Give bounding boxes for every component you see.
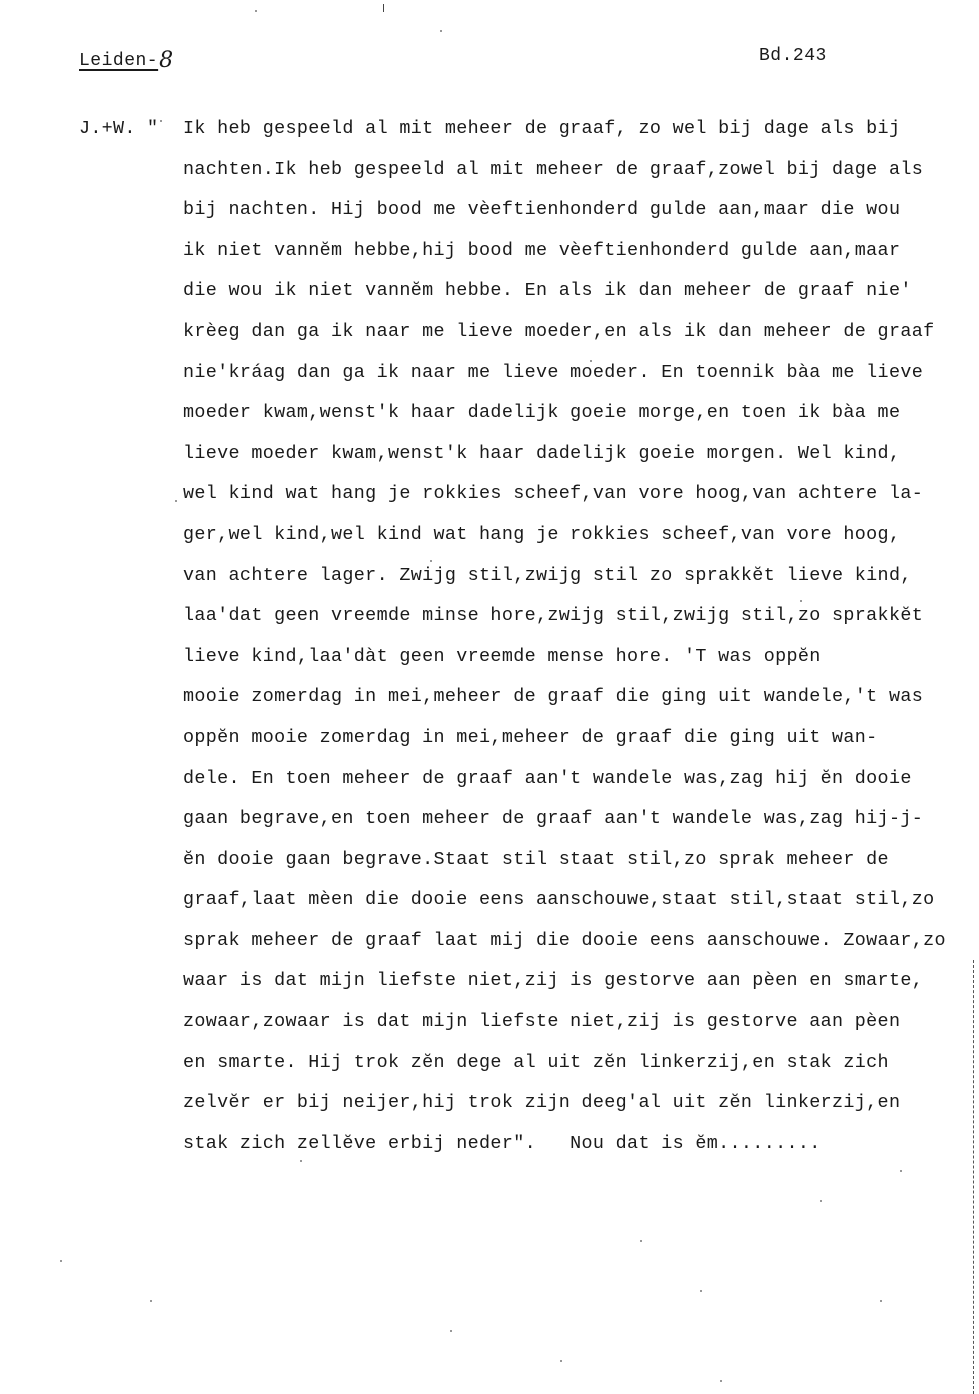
scan-speck bbox=[255, 10, 257, 12]
scan-speck bbox=[590, 360, 592, 362]
transcript-line: zowaar,zowaar is dat mijn liefste niet,z… bbox=[183, 1011, 979, 1052]
document-location-header: Leiden-8 bbox=[79, 46, 174, 71]
transcript-line: Ik heb gespeeld al mit meheer de graaf, … bbox=[183, 118, 979, 159]
transcript-line: gaan begrave,en toen meheer de graaf aan… bbox=[183, 808, 979, 849]
document-reference: Bd.243 bbox=[759, 46, 827, 66]
transcript-line: die wou ik niet vannĕm hebbe. En als ik … bbox=[183, 280, 979, 321]
transcript-line: ger,wel kind,wel kind wat hang je rokkie… bbox=[183, 524, 979, 565]
scan-speck bbox=[880, 1300, 882, 1302]
transcript-line: en smarte. Hij trok zĕn dege al uit zĕn … bbox=[183, 1052, 979, 1093]
scan-speck bbox=[900, 1170, 902, 1172]
transcript-body: Ik heb gespeeld al mit meheer de graaf, … bbox=[183, 118, 979, 1173]
transcript-line: zelvĕr er bij neijer,hij trok zijn deeg'… bbox=[183, 1092, 979, 1133]
scan-speck bbox=[560, 1360, 562, 1362]
transcript-line: graaf,laat mèen die dooie eens aanschouw… bbox=[183, 889, 979, 930]
scan-speck bbox=[800, 600, 802, 602]
scan-speck bbox=[60, 1260, 62, 1262]
transcript-line: krèeg dan ga ik naar me lieve moeder,en … bbox=[183, 321, 979, 362]
scan-speck bbox=[440, 30, 442, 32]
transcript-line: sprak meheer de graaf laat mij die dooie… bbox=[183, 930, 979, 971]
transcript-line: lieve kind,laa'dàt geen vreemde mense ho… bbox=[183, 646, 979, 687]
scan-speck bbox=[700, 1290, 702, 1292]
transcript-line: bij nachten. Hij bood me vèeftienhonderd… bbox=[183, 199, 979, 240]
scan-speck bbox=[450, 1330, 452, 1332]
transcript-line: ĕn dooie gaan begrave.Staat stil staat s… bbox=[183, 849, 979, 890]
scan-mark bbox=[383, 4, 384, 12]
transcript-line: nie'kráag dan ga ik naar me lieve moeder… bbox=[183, 362, 979, 403]
speaker-label: J.+W. " bbox=[79, 118, 158, 139]
transcript-line: van achtere lager. Zwijg stil,zwijg stil… bbox=[183, 565, 979, 606]
transcript-line: lieve moeder kwam,wenst'k haar dadelijk … bbox=[183, 443, 979, 484]
transcript-line: nachten.Ik heb gespeeld al mit meheer de… bbox=[183, 159, 979, 200]
transcript-line: oppĕn mooie zomerdag in mei,meheer de gr… bbox=[183, 727, 979, 768]
scan-speck bbox=[430, 560, 432, 562]
typescript-page: Leiden-8 Bd.243 J.+W. " Ik heb gespeeld … bbox=[0, 0, 979, 1394]
transcript-line: wel kind wat hang je rokkies scheef,van … bbox=[183, 483, 979, 524]
transcript-line: ik niet vannĕm hebbe,hij bood me vèeftie… bbox=[183, 240, 979, 281]
handwritten-number: 8 bbox=[159, 48, 174, 73]
scan-speck bbox=[300, 1160, 302, 1162]
scan-speck bbox=[720, 1380, 722, 1382]
transcript-line: stak zich zellĕve erbij neder". Nou dat … bbox=[183, 1133, 979, 1174]
scan-speck bbox=[150, 1300, 152, 1302]
location-label: Leiden- bbox=[79, 51, 158, 71]
transcript-line: dele. En toen meheer de graaf aan't wand… bbox=[183, 768, 979, 809]
scan-speck bbox=[640, 1240, 642, 1242]
margin-dashed-line bbox=[973, 960, 974, 1394]
scan-speck bbox=[820, 1200, 822, 1202]
transcript-line: laa'dat geen vreemde minse hore,zwijg st… bbox=[183, 605, 979, 646]
transcript-line: mooie zomerdag in mei,meheer de graaf di… bbox=[183, 686, 979, 727]
transcript-line: waar is dat mijn liefste niet,zij is ges… bbox=[183, 970, 979, 1011]
scan-speck bbox=[160, 120, 162, 122]
transcript-line: moeder kwam,wenst'k haar dadelijk goeie … bbox=[183, 402, 979, 443]
scan-speck bbox=[175, 500, 177, 502]
